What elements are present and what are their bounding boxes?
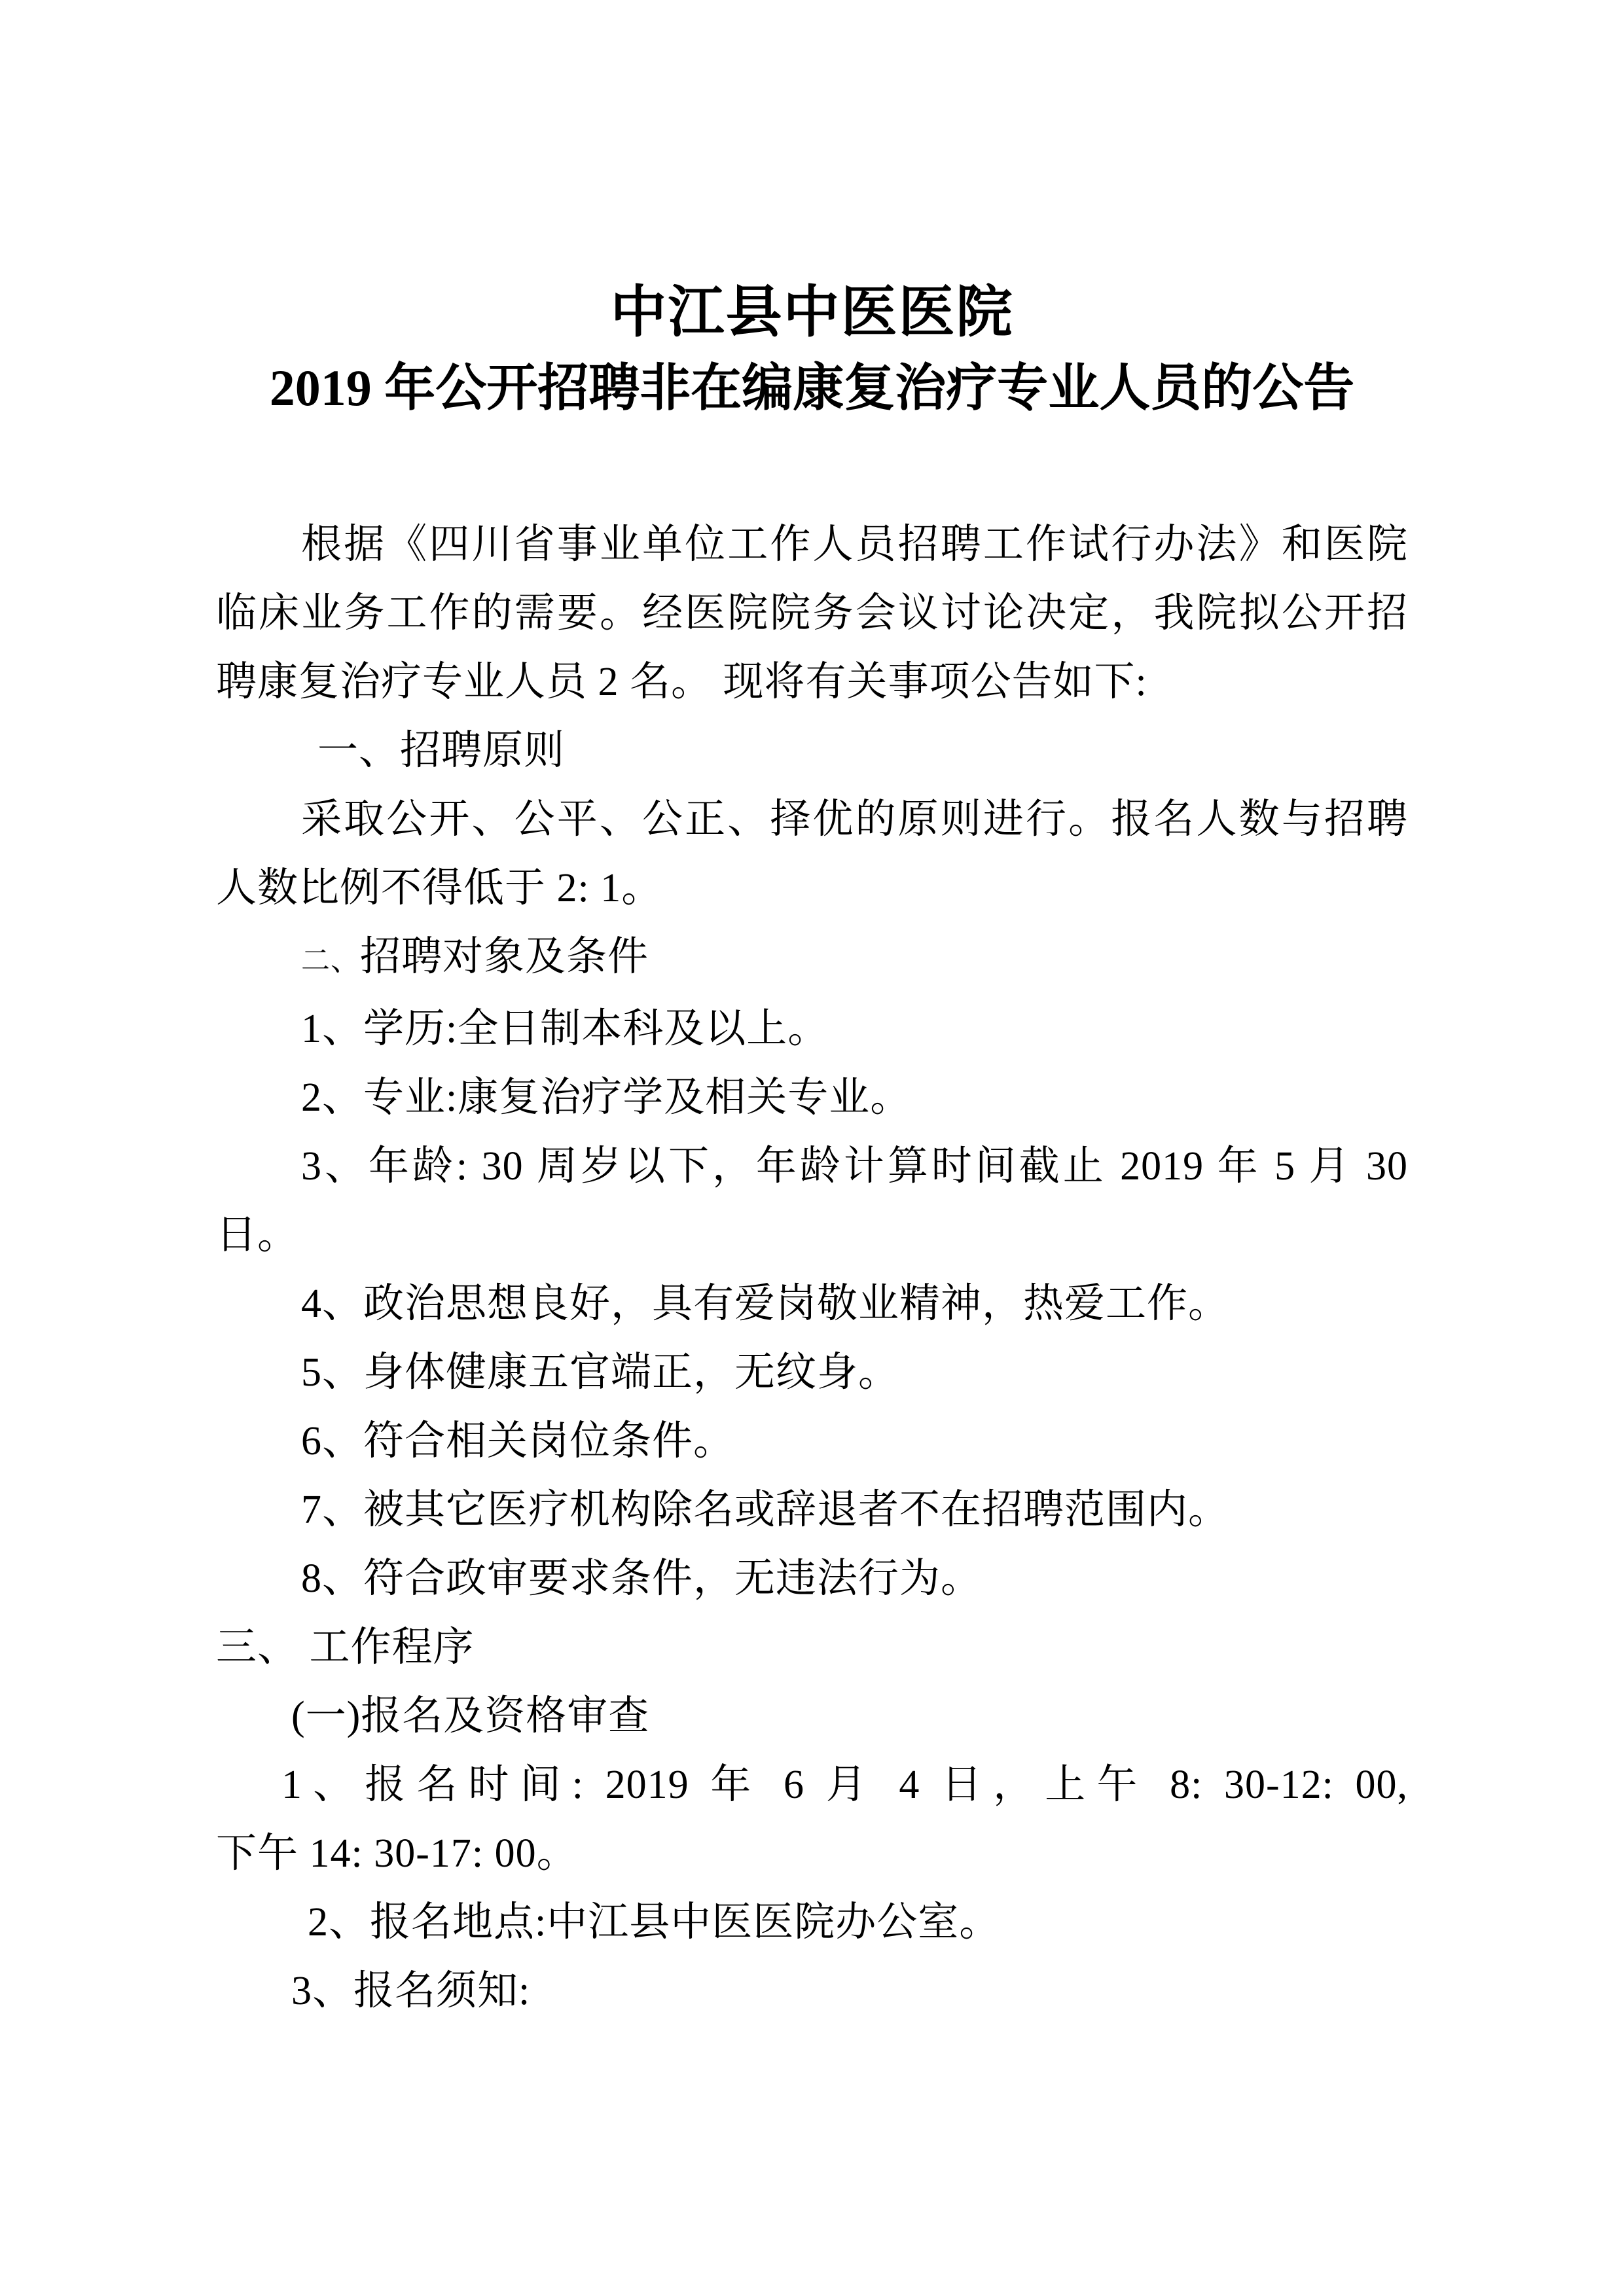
text-line: 5、身体健康五官端正，无纹身。 (216, 1338, 1408, 1407)
text-line: 1、报名时间: 2019 年 6 月 4 日，上午 8: 30-12: 00, (216, 1751, 1408, 1820)
document-page: 中江县中医医院 2019 年公开招聘非在编康复治疗专业人员的公告 根据《四川省事… (0, 0, 1624, 2296)
text-line: 4、政治思想良好，具有爱岗敬业精神，热爱工作。 (216, 1270, 1408, 1338)
document-viewer: { "page": { "background_color": "#ffffff… (0, 0, 1624, 2296)
text-line: 人数比例不得低于 2: 1。 (216, 854, 1408, 923)
text-line: 下午 14: 30-17: 00。 (216, 1820, 1408, 1888)
text-line: 7、被其它医疗机构除名或辞退者不在招聘范围内。 (216, 1476, 1408, 1545)
text-line: 6、符合相关岗位条件。 (216, 1407, 1408, 1476)
text-line: 2、报名地点:中江县中医医院办公室。 (216, 1888, 1408, 1957)
text-line: 二、招聘对象及条件 (216, 923, 1408, 995)
text-line: 3、报名须知: (216, 1957, 1408, 2026)
text-line: (一)报名及资格审查 (216, 1682, 1408, 1751)
section-number-small: 二、 (301, 944, 360, 977)
text-line: 根据《四川省事业单位工作人员招聘工作试行办法》和医院 (216, 511, 1408, 579)
text-line: 2、专业:康复治疗学及相关专业。 (216, 1064, 1408, 1132)
text-line: 三、 工作程序 (216, 1613, 1408, 1682)
document-title-block: 中江县中医医院 2019 年公开招聘非在编康复治疗专业人员的公告 (216, 0, 1408, 425)
text-line: 聘康复治疗专业人员 2 名。 现将有关事项公告如下: (216, 648, 1408, 717)
text-line: 日。 (216, 1201, 1408, 1270)
text-line: 一、招聘原则 (216, 717, 1408, 785)
text-line: 8、符合政审要求条件，无违法行为。 (216, 1545, 1408, 1613)
document-body: 根据《四川省事业单位工作人员招聘工作试行办法》和医院临床业务工作的需要。经医院院… (216, 511, 1408, 2026)
text-line: 临床业务工作的需要。经医院院务会议讨论决定，我院拟公开招 (216, 579, 1408, 648)
document-title: 中江县中医医院 (216, 275, 1408, 350)
text-line: 1、学历:全日制本科及以上。 (216, 995, 1408, 1064)
document-subtitle: 2019 年公开招聘非在编康复治疗专业人员的公告 (216, 350, 1408, 425)
text-line: 3、年龄: 30 周岁以下，年龄计算时间截止 2019 年 5 月 30 (216, 1132, 1408, 1201)
text-line: 采取公开、公平、公正、择优的原则进行。报名人数与招聘 (216, 785, 1408, 854)
